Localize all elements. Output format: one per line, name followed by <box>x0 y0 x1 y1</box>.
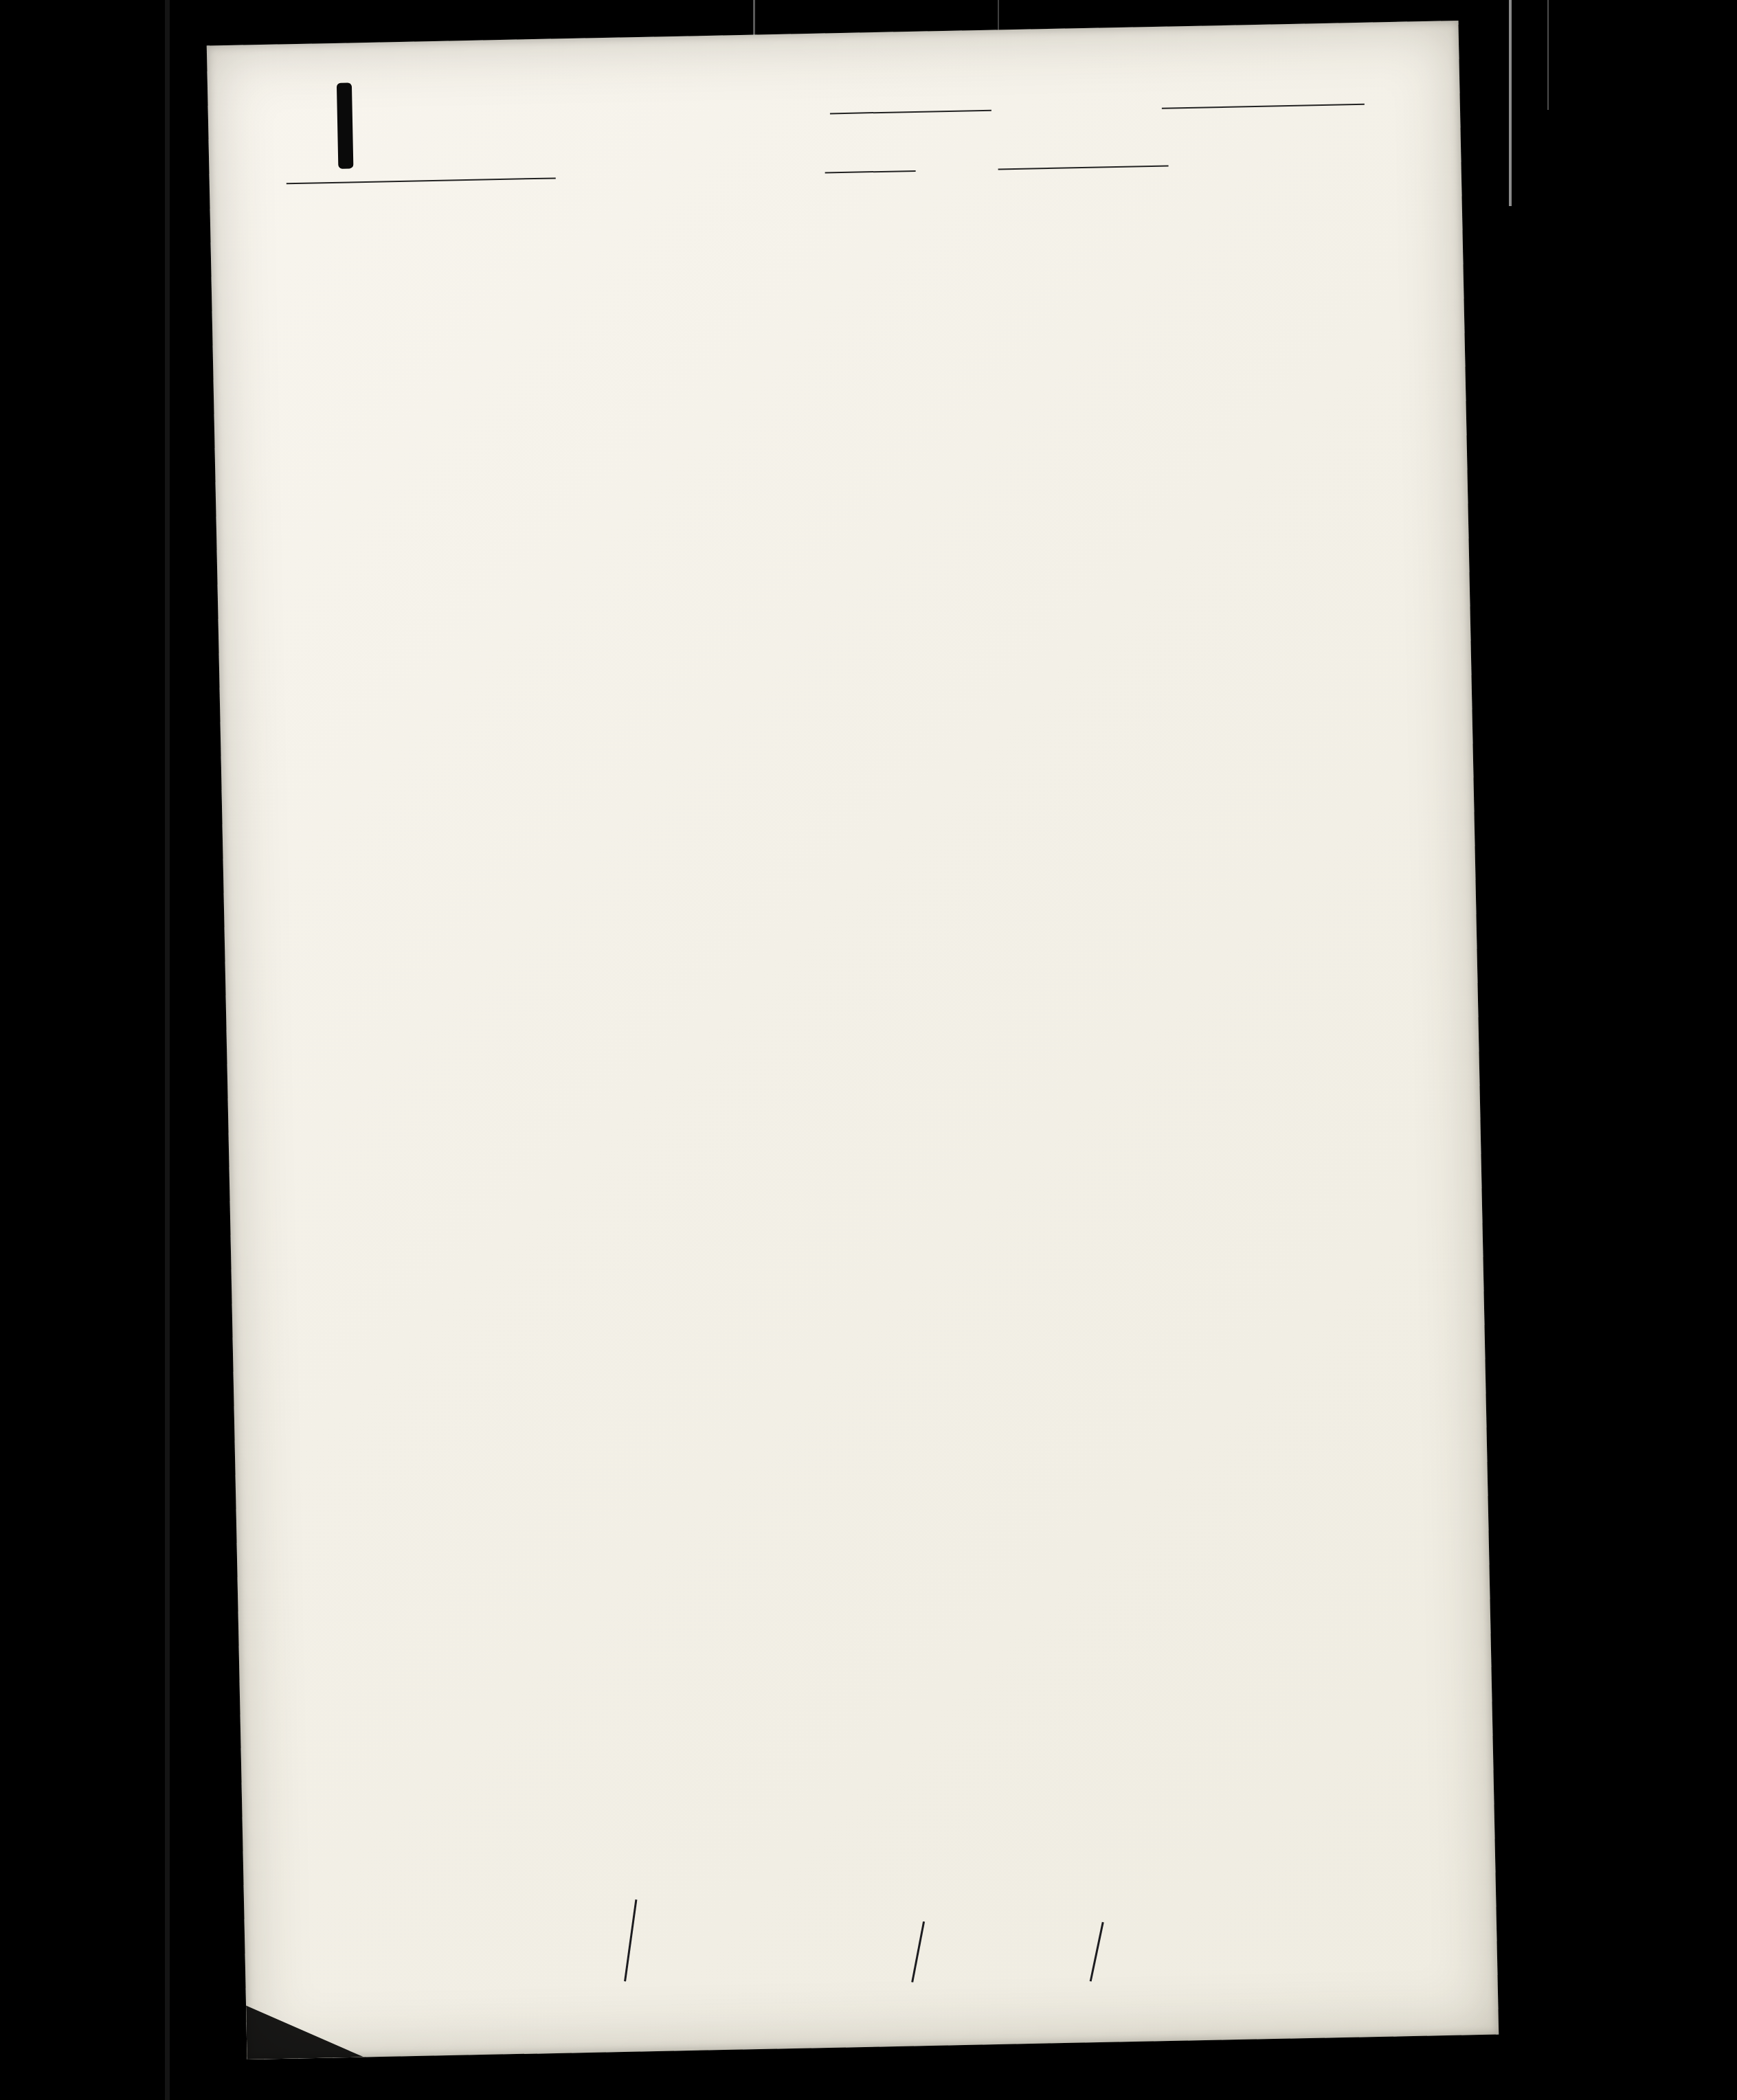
footer-annotations <box>245 1896 1483 2044</box>
footer-stroke <box>911 1921 925 1983</box>
scanned-census-page: { "film": { "frame_number": "0101", "lef… <box>0 0 1737 2100</box>
film-edge-glow <box>165 0 170 2100</box>
census-table <box>207 21 1499 2059</box>
film-scratch <box>1547 0 1549 110</box>
footer-stroke <box>1090 1922 1104 1982</box>
film-scratch <box>1509 0 1512 206</box>
census-sheet <box>207 21 1499 2059</box>
